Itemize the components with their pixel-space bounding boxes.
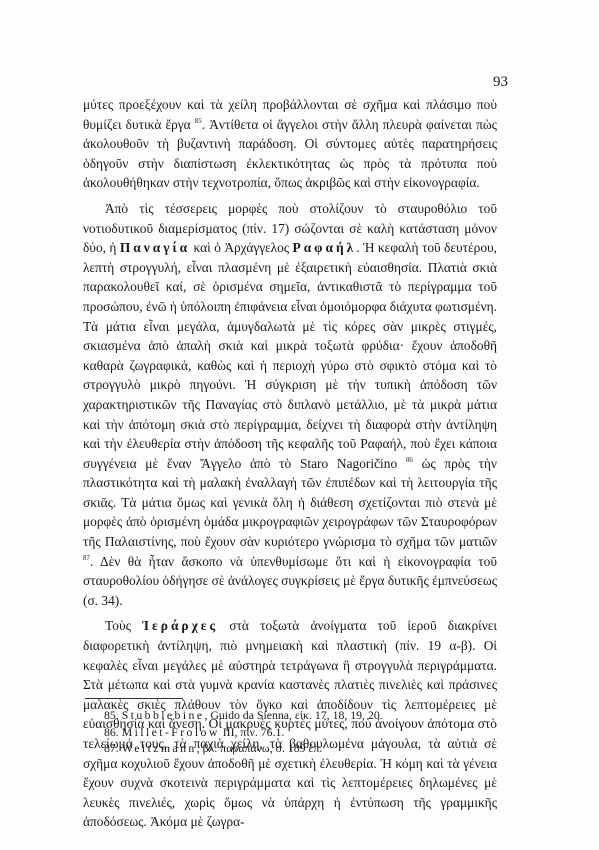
- footnote-author: Stubblebine: [122, 708, 205, 722]
- paragraph: μύτες προεξέχουν καὶ τὰ χείλη προβάλλοντ…: [83, 95, 497, 193]
- text-run: . Ἡ κεφαλὴ τοῦ δευτέρου, λεπτὴ στρογγυλή…: [83, 240, 497, 471]
- footnote-author: Millet-Frolow: [122, 725, 220, 739]
- footnote-86: 86. Millet-Frolow III, πίν. 76.1.: [104, 724, 383, 741]
- footnotes: 85. Stubblebine, Guido da Sienna, εἰκ. 1…: [104, 707, 383, 757]
- footnote-85: 85. Stubblebine, Guido da Sienna, εἰκ. 1…: [104, 707, 383, 724]
- footnote-reference[interactable]: 85: [195, 117, 202, 125]
- spaced-name: Ἱεράρχες: [142, 618, 218, 633]
- footnote-author: Weitzmann: [122, 741, 197, 755]
- text-run: Τοὺς: [105, 618, 142, 633]
- footnote-reference[interactable]: 87: [83, 554, 90, 562]
- text-run: καὶ ὁ Ἀρχάγγελος: [190, 240, 292, 255]
- footnote-reference[interactable]: 86: [406, 456, 413, 464]
- text-run: . Δὲν θὰ ἦταν ἄσκοπο νὰ ὑπενθυμίσωμε ὅτι…: [83, 554, 497, 608]
- page-number: 93: [493, 74, 508, 91]
- footnote-number: 85.: [104, 708, 119, 722]
- footnote-text: , βλ. παραπάνω, σ. 189 ἑπ.: [197, 741, 323, 755]
- footnote-87: 87. Weitzmann, βλ. παραπάνω, σ. 189 ἑπ.: [104, 740, 383, 757]
- footnote-number: 87.: [104, 741, 119, 755]
- spaced-name: Παναγία: [120, 240, 190, 255]
- footnote-text: , Guido da Sienna, εἰκ. 17, 18, 19, 20.: [204, 708, 382, 722]
- paragraph: Ἀπὸ τὶς τέσσερεις μορφὲς ποὺ στολίζουν τ…: [83, 199, 497, 610]
- footnote-text: III, πίν. 76.1.: [220, 725, 285, 739]
- footnote-number: 86.: [104, 725, 119, 739]
- spaced-name: Ραφαήλ: [293, 240, 357, 255]
- footnote-divider: [85, 698, 183, 699]
